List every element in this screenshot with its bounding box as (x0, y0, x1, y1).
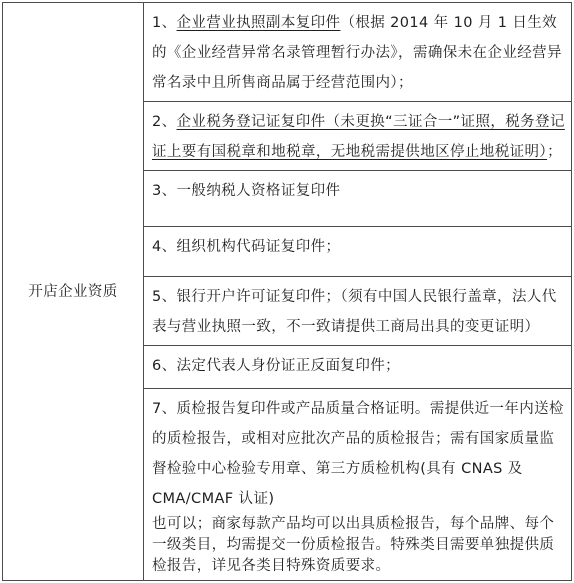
qualification-item-3: 3、一般纳税人资格证复印件 (144, 171, 572, 227)
document-page: 开店企业资质1、企业营业执照副本复印件（根据 2014 年 10 月 1 日生效… (0, 0, 574, 583)
requirements-body: 开店企业资质1、企业营业执照副本复印件（根据 2014 年 10 月 1 日生效… (3, 3, 572, 581)
text-segment: 5、银行开户许可证复印件；（须有中国人民银行盖章，法人代表与营业执照一致，不一致… (152, 289, 557, 335)
paragraph: 7、质检报告复印件或产品质量合格证明。需提供近一年内送检的质检报告，或相对应批次… (152, 394, 567, 514)
underlined-text: 企业税务登记证复印件（未更换“三证合一”证照，税务登记证上要有国税章和地税章，无… (152, 114, 565, 160)
qualification-item-5: 5、银行开户许可证复印件；（须有中国人民银行盖章，法人代表与营业执照一致，不一致… (144, 277, 572, 346)
paragraph: 4、组织机构代码证复印件； (152, 232, 567, 262)
text-segment: 2、 (152, 114, 177, 130)
text-segment: 6、法定代表人身份证正反面复印件； (152, 358, 400, 374)
qualification-item-2: 2、企业税务登记证复印件（未更换“三证合一”证照，税务登记证上要有国税章和地税章… (144, 102, 572, 171)
qualification-item-4: 4、组织机构代码证复印件； (144, 227, 572, 277)
paragraph: 3、一般纳税人资格证复印件 (152, 176, 567, 206)
qualification-item-7: 7、质检报告复印件或产品质量合格证明。需提供近一年内送检的质检报告，或相对应批次… (144, 389, 572, 581)
text-segment: 1、 (152, 15, 177, 31)
text-segment: ； (547, 144, 562, 160)
text-segment: 4、组织机构代码证复印件； (152, 239, 340, 255)
table-row: 开店企业资质1、企业营业执照副本复印件（根据 2014 年 10 月 1 日生效… (3, 3, 572, 102)
qualifications-table: 开店企业资质1、企业营业执照副本复印件（根据 2014 年 10 月 1 日生效… (2, 2, 572, 581)
qualification-item-6: 6、法定代表人身份证正反面复印件； (144, 346, 572, 389)
row-header-store-enterprise-qualifications: 开店企业资质 (3, 3, 144, 581)
text-segment: 7、质检报告复印件或产品质量合格证明。需提供近一年内送检的质检报告，或相对应批次… (152, 401, 564, 507)
underlined-text: 企业营业执照副本复印件 (177, 15, 341, 31)
qualification-item-1: 1、企业营业执照副本复印件（根据 2014 年 10 月 1 日生效的《企业经营… (144, 3, 572, 102)
paragraph: 2、企业税务登记证复印件（未更换“三证合一”证照，税务登记证上要有国税章和地税章… (152, 107, 567, 167)
text-segment: 也可以；商家每款产品均可以出具质检报告，每个品牌、每个一级类目，均需提交一份质检… (152, 516, 554, 574)
paragraph: 6、法定代表人身份证正反面复印件； (152, 351, 567, 381)
paragraph: 也可以；商家每款产品均可以出具质检报告，每个品牌、每个一级类目，均需提交一份质检… (152, 514, 567, 577)
paragraph: 1、企业营业执照副本复印件（根据 2014 年 10 月 1 日生效的《企业经营… (152, 8, 567, 98)
text-segment: 3、一般纳税人资格证复印件 (152, 183, 340, 199)
paragraph: 5、银行开户许可证复印件；（须有中国人民银行盖章，法人代表与营业执照一致，不一致… (152, 282, 567, 342)
